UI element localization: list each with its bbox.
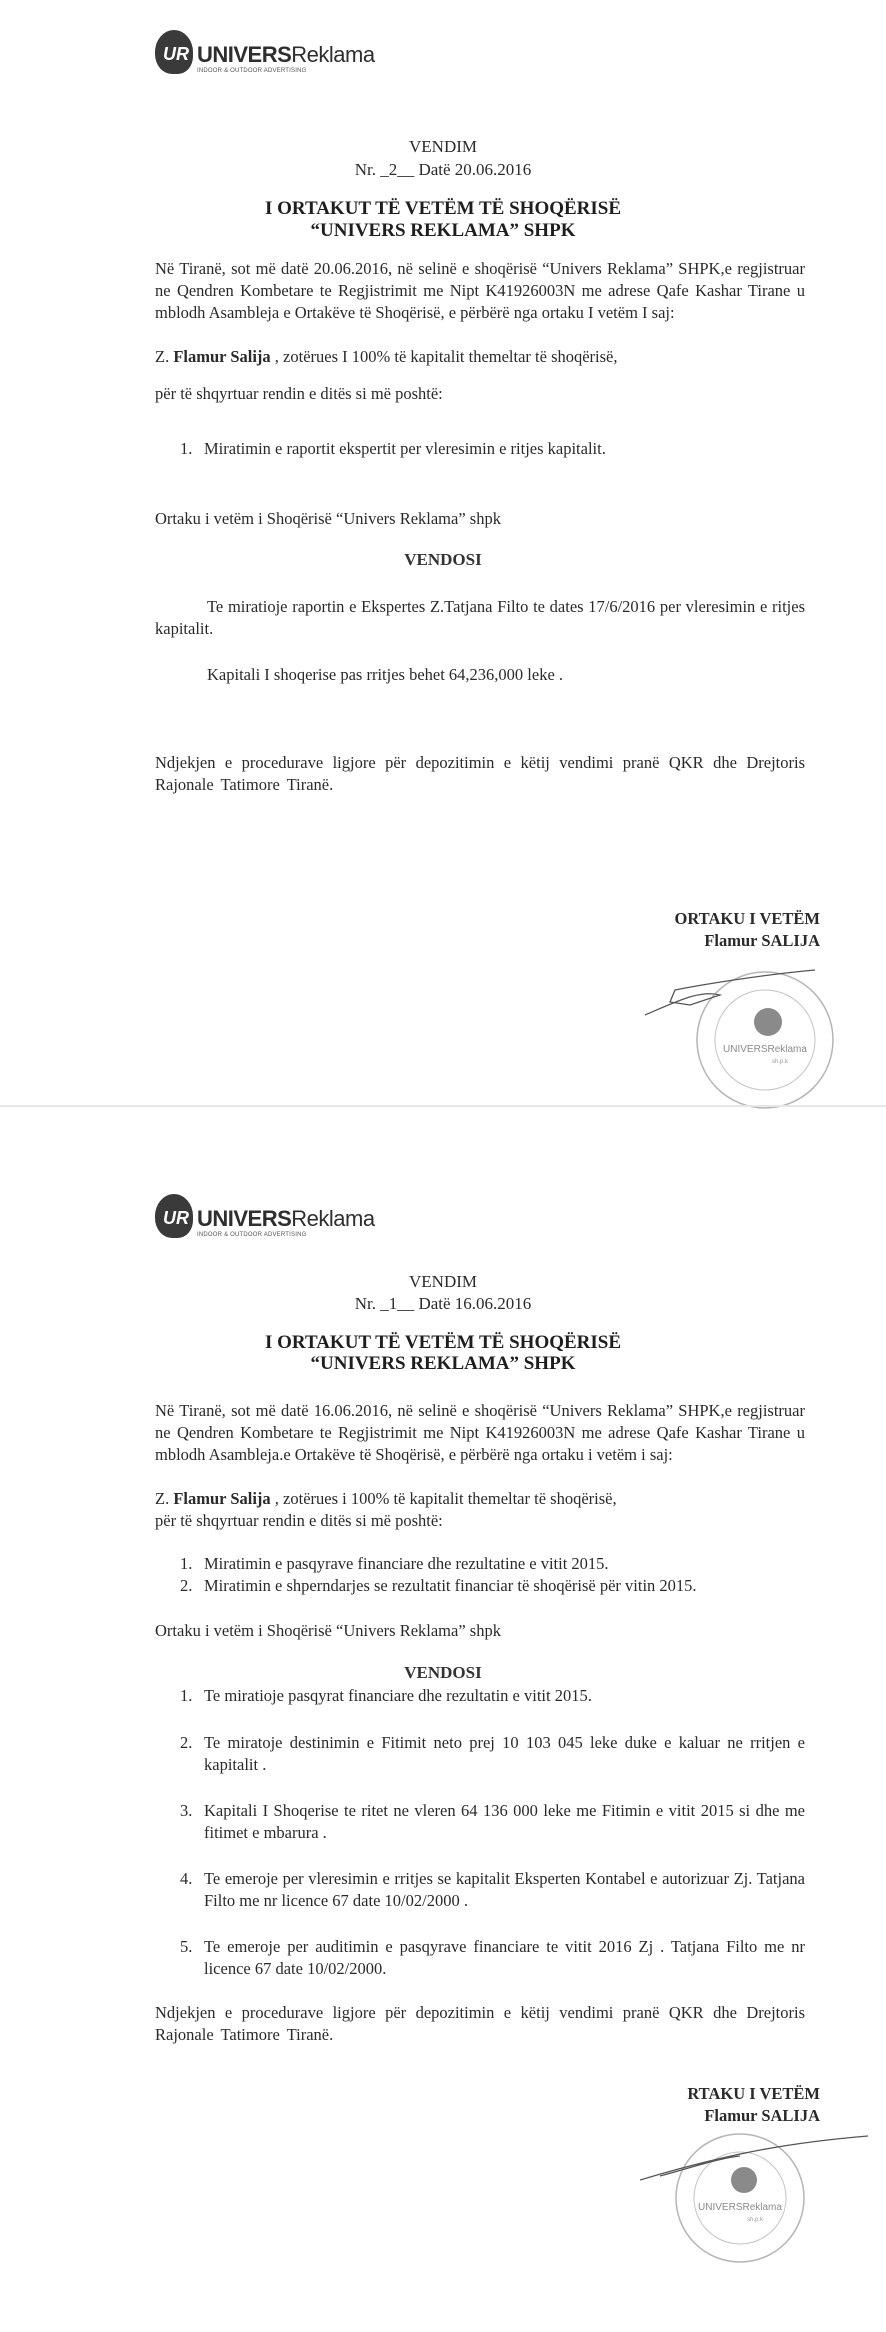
logo-name: UNIVERSReklama bbox=[197, 1208, 375, 1230]
decision-title-line2: “UNIVERS REKLAMA” SHPK bbox=[0, 220, 886, 242]
decided-heading: VENDOSI bbox=[0, 550, 886, 570]
decision-title-line1: I ORTAKUT TË VETËM TË SHOQËRISË bbox=[0, 198, 886, 220]
company-stamp-icon: UNIVERSReklama sh.p.k bbox=[640, 2128, 870, 2278]
signatory-title: RTAKU I VETËM bbox=[640, 2083, 820, 2105]
decision-item: 5.Te emeroje per auditimin e pasqyrave f… bbox=[180, 1936, 805, 1980]
owner-name: Flamur Salija bbox=[173, 347, 270, 366]
decision-item: Kapitali I shoqerise pas rritjes behet 6… bbox=[155, 664, 805, 686]
document-page-2: UR UNIVERSReklama INDOOR & OUTDOOR ADVER… bbox=[0, 1160, 886, 2332]
agenda-intro: për të shqyrtuar rendin e ditës si më po… bbox=[155, 1510, 805, 1532]
logo-tagline: INDOOR & OUTDOOR ADVERTISING bbox=[197, 1232, 375, 1238]
signatory-name: Flamur SALIJA bbox=[640, 930, 820, 952]
decision-title-line1: I ORTAKUT TË VETËM TË SHOQËRISË bbox=[0, 1332, 886, 1354]
svg-text:sh.p.k: sh.p.k bbox=[772, 1059, 789, 1065]
logo-mark-icon: UR bbox=[155, 1194, 193, 1238]
company-logo: UR UNIVERSReklama INDOOR & OUTDOOR ADVER… bbox=[155, 30, 375, 74]
decision-item: 2.Te miratoje destinimin e Fitimit neto … bbox=[180, 1732, 805, 1776]
document-page-1: UR UNIVERSReklama INDOOR & OUTDOOR ADVER… bbox=[0, 0, 886, 1105]
owner-line: Z. Flamur Salija , zotërues i 100% të ka… bbox=[155, 1488, 805, 1510]
logo-mark-icon: UR bbox=[155, 30, 193, 74]
owner-name: Flamur Salija bbox=[173, 1489, 270, 1508]
decision-number-date: Nr. _2__ Datë 20.06.2016 bbox=[0, 160, 886, 180]
partner-line: Ortaku i vetëm i Shoqërisë “Univers Rekl… bbox=[155, 508, 805, 530]
decision-number-date: Nr. _1__ Datë 16.06.2016 bbox=[0, 1294, 886, 1314]
signatory-title: ORTAKU I VETËM bbox=[640, 908, 820, 930]
closing-paragraph: Ndjekjen e procedurave ligjore për depoz… bbox=[155, 2002, 805, 2046]
decision-item: Te miratioje raportin e Ekspertes Z.Tatj… bbox=[155, 596, 805, 640]
owner-line: Z. Flamur Salija , zotërues I 100% të ka… bbox=[155, 346, 805, 368]
company-logo: UR UNIVERSReklama INDOOR & OUTDOOR ADVER… bbox=[155, 1194, 375, 1238]
decided-heading: VENDOSI bbox=[0, 1663, 886, 1683]
page-separator bbox=[0, 1105, 886, 1107]
decision-item: 3.Kapitali I Shoqerise te ritet ne vlere… bbox=[180, 1800, 805, 1844]
decision-heading: VENDIM bbox=[0, 137, 886, 157]
decision-item: 1.Te miratioje pasqyrat financiare dhe r… bbox=[180, 1685, 805, 1707]
agenda-intro: për të shqyrtuar rendin e ditës si më po… bbox=[155, 383, 805, 405]
decision-heading: VENDIM bbox=[0, 1272, 886, 1292]
closing-paragraph: Ndjekjen e procedurave ligjore për depoz… bbox=[155, 752, 805, 796]
intro-paragraph: Në Tiranë, sot më datë 20.06.2016, në se… bbox=[155, 258, 805, 324]
agenda-item: 1.Miratimin e pasqyrave financiare dhe r… bbox=[180, 1553, 805, 1575]
svg-text:UNIVERSReklama: UNIVERSReklama bbox=[723, 1044, 807, 1055]
decision-title-line2: “UNIVERS REKLAMA” SHPK bbox=[0, 1353, 886, 1375]
signatory-name: Flamur SALIJA bbox=[640, 2105, 820, 2127]
agenda-item: 2.Miratimin e shperndarjes se rezultatit… bbox=[180, 1575, 805, 1597]
intro-paragraph: Në Tiranë, sot më datë 16.06.2016, në se… bbox=[155, 1400, 805, 1466]
partner-line: Ortaku i vetëm i Shoqërisë “Univers Rekl… bbox=[155, 1620, 805, 1642]
company-stamp-icon: UNIVERSReklama sh.p.k bbox=[640, 960, 870, 1110]
svg-text:sh.p.k: sh.p.k bbox=[747, 2217, 764, 2223]
logo-tagline: INDOOR & OUTDOOR ADVERTISING bbox=[197, 68, 375, 74]
decision-item: 4.Te emeroje per vleresimin e rritjes se… bbox=[180, 1868, 805, 1912]
svg-text:UNIVERSReklama: UNIVERSReklama bbox=[698, 2202, 782, 2213]
agenda-item: 1.Miratimin e raportit ekspertit per vle… bbox=[180, 438, 805, 460]
logo-name: UNIVERSReklama bbox=[197, 44, 375, 66]
